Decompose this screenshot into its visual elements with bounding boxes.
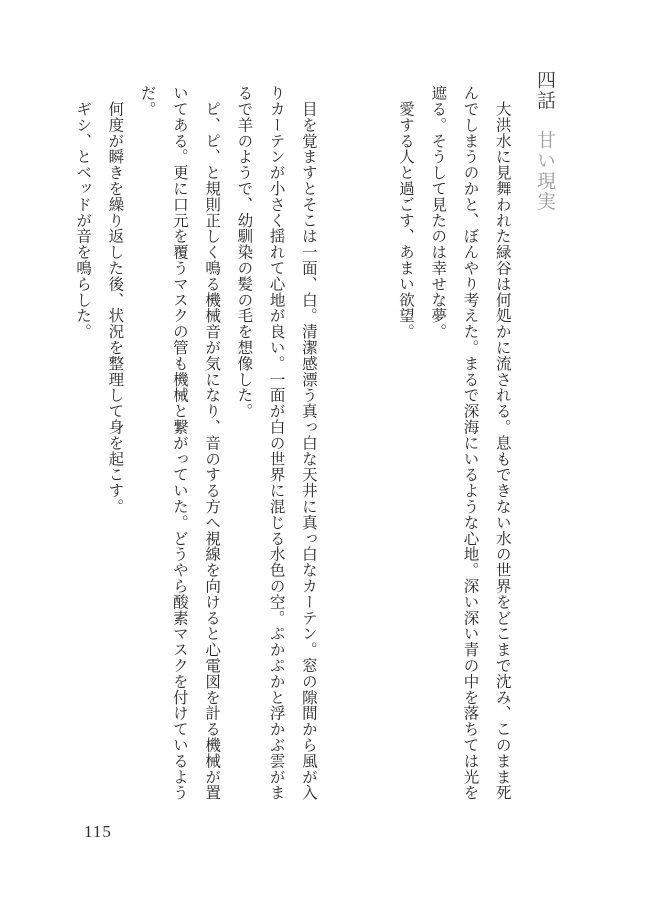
paragraph-4: ピ、ピ、と規則正しく鳴る機械音が気になり、音のする方へ視線を向けると心電図を計る…	[130, 85, 227, 808]
chapter-number: 四話	[534, 70, 555, 111]
page-number: 115	[84, 822, 112, 842]
paragraph-1: 大洪水に見舞われた緑谷は何処かに流される。息もできない水の世界をどこまで沈み、こ…	[421, 85, 518, 808]
chapter-title: 甘い現実	[534, 130, 555, 212]
paragraph-5: 何度が瞬きを繰り返した後、状況を整理して身を起こす。	[98, 85, 130, 808]
paragraph-6: ギシ、とベッドが音を鳴らした。	[66, 85, 98, 808]
book-page: 四話甘い現実 大洪水に見舞われた緑谷は何処かに流される。息もできない水の世界をど…	[0, 0, 647, 897]
chapter-heading: 四話甘い現実	[528, 70, 561, 808]
vertical-text-area: 四話甘い現実 大洪水に見舞われた緑谷は何処かに流される。息もできない水の世界をど…	[66, 70, 561, 808]
paragraph-2: 愛する人と過ごす、あまい欲望。	[389, 85, 421, 808]
body-text: 大洪水に見舞われた緑谷は何処かに流される。息もできない水の世界をどこまで沈み、こ…	[66, 70, 518, 808]
paragraph-3: 目を覚ますとそこは一面、白。清潔感漂う真っ白な天井に真っ白なカーテン。窓の隙間か…	[227, 85, 324, 808]
